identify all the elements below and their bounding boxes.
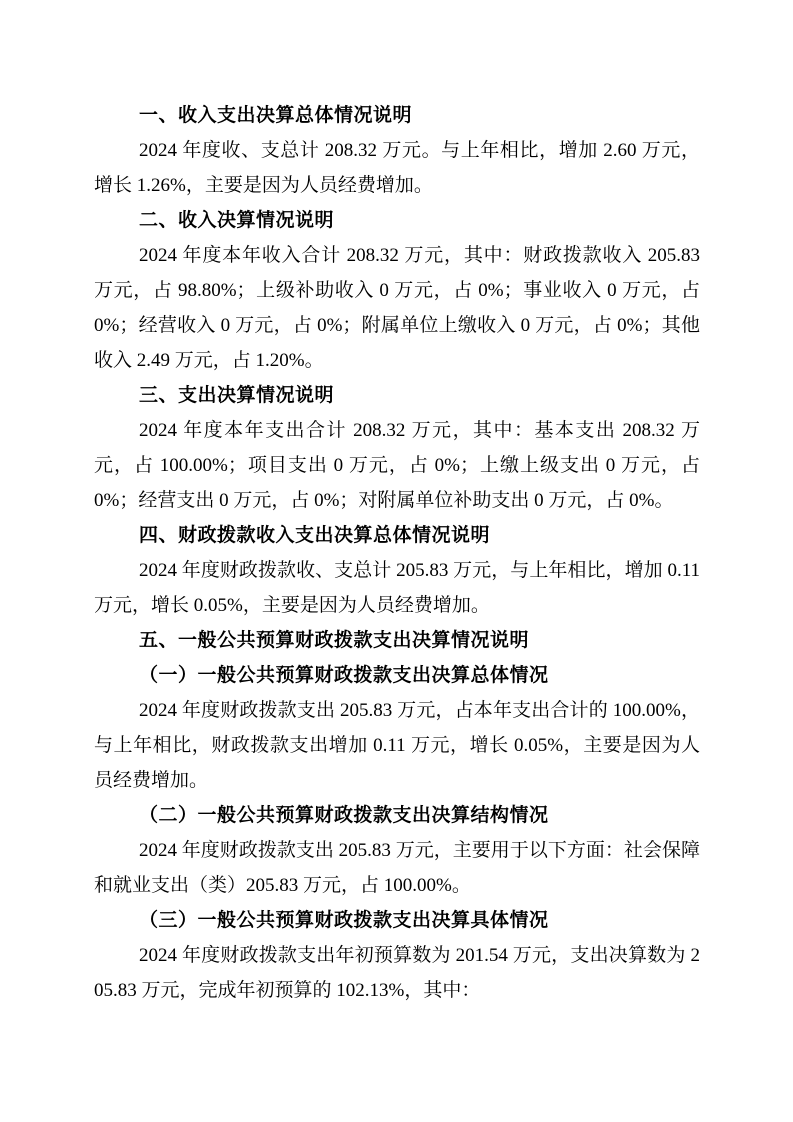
- subsection-5-2-paragraph: 2024 年度财政拨款支出 205.83 万元，主要用于以下方面：社会保障和就业…: [94, 833, 700, 903]
- subsection-heading-5-1: （一）一般公共预算财政拨款支出决算总体情况: [94, 658, 700, 693]
- section-heading-2: 二、收入决算情况说明: [94, 203, 700, 238]
- subsection-5-1-paragraph: 2024 年度财政拨款支出 205.83 万元，占本年支出合计的 100.00%…: [94, 693, 700, 798]
- section-heading-1: 一、收入支出决算总体情况说明: [94, 98, 700, 133]
- subsection-heading-5-3: （三）一般公共预算财政拨款支出决算具体情况: [94, 903, 700, 938]
- section-heading-5: 五、一般公共预算财政拨款支出决算情况说明: [94, 623, 700, 658]
- subsection-5-3-paragraph: 2024 年度财政拨款支出年初预算数为 201.54 万元，支出决算数为 205…: [94, 938, 700, 1008]
- section-2-paragraph: 2024 年度本年收入合计 208.32 万元，其中：财政拨款收入 205.83…: [94, 238, 700, 378]
- section-1-paragraph: 2024 年度收、支总计 208.32 万元。与上年相比，增加 2.60 万元，…: [94, 133, 700, 203]
- subsection-heading-5-2: （二）一般公共预算财政拨款支出决算结构情况: [94, 798, 700, 833]
- section-heading-4: 四、财政拨款收入支出决算总体情况说明: [94, 518, 700, 553]
- section-heading-3: 三、支出决算情况说明: [94, 378, 700, 413]
- section-3-paragraph: 2024 年度本年支出合计 208.32 万元，其中：基本支出 208.32 万…: [94, 413, 700, 518]
- document-page: 一、收入支出决算总体情况说明 2024 年度收、支总计 208.32 万元。与上…: [0, 0, 793, 1122]
- document-body: 一、收入支出决算总体情况说明 2024 年度收、支总计 208.32 万元。与上…: [94, 98, 700, 1008]
- section-4-paragraph: 2024 年度财政拨款收、支总计 205.83 万元，与上年相比，增加 0.11…: [94, 553, 700, 623]
